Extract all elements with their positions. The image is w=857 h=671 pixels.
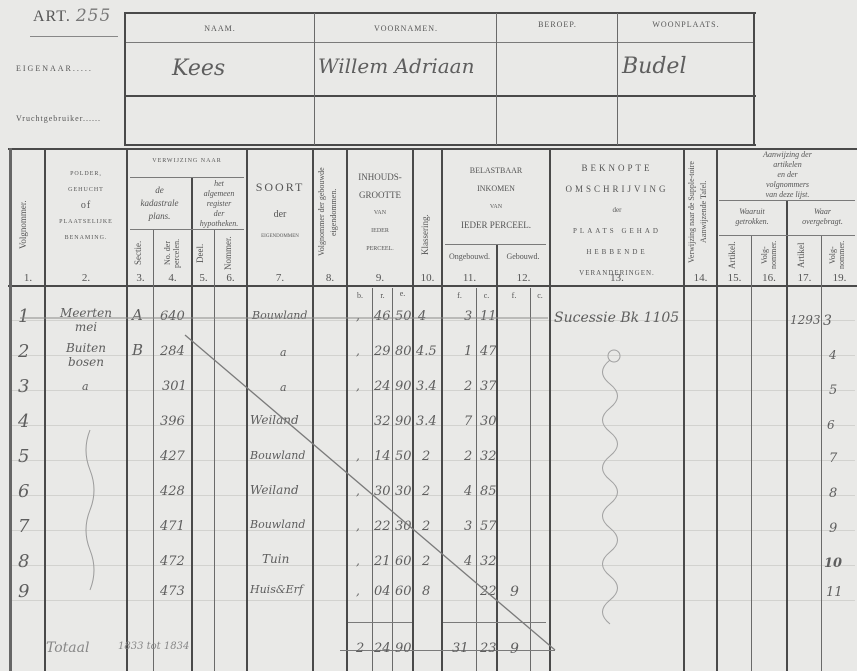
ditto-wave-col2 bbox=[86, 430, 94, 590]
ditto-loop bbox=[608, 350, 620, 362]
ditto-wave-col13 bbox=[603, 360, 618, 624]
diagonal-cancel-line bbox=[185, 335, 555, 650]
annotation-strokes bbox=[0, 0, 857, 671]
